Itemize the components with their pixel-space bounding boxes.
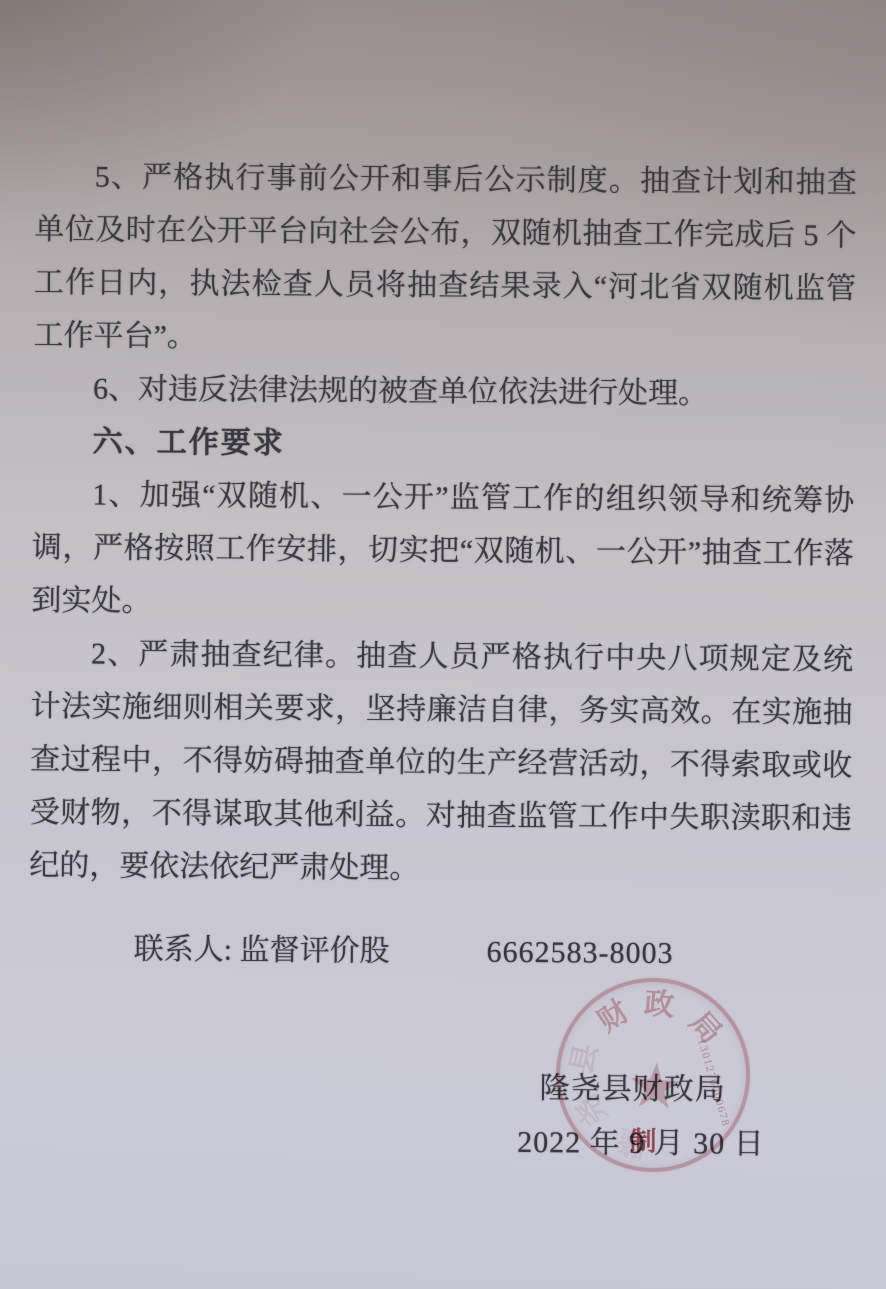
document-photo: 5、严格执行事前公开和事后公示制度。抽查计划和抽查单位及时在公开平台向社会公布，… bbox=[0, 0, 886, 1289]
contact-label: 联系人: 监督评价股 bbox=[134, 923, 390, 978]
official-seal: 1301270000678 制 隆尧县财政局 bbox=[549, 971, 756, 1178]
contact-line: 联系人: 监督评价股 6662583-8003 bbox=[29, 922, 851, 981]
paragraph-item-6: 6、对违反法律法规的被查单位依法进行处理。 bbox=[33, 362, 855, 421]
seal-arc-character: 局 bbox=[524, 946, 781, 1203]
section-heading-work-requirements: 六、工作要求 bbox=[33, 415, 855, 474]
paragraph-item-5: 5、严格执行事前公开和事后公示制度。抽查计划和抽查单位及时在公开平台向社会公布，… bbox=[33, 150, 857, 368]
paragraph-requirement-1: 1、加强“双随机、一公开”监管工作的组织领导和统筹协调，严格按照工作安排，切实把… bbox=[31, 468, 854, 633]
paragraph-requirement-2: 2、严肃抽查纪律。抽查人员严格执行中央八项规定及统计法实施细则相关要求，坚持廉洁… bbox=[29, 627, 853, 898]
